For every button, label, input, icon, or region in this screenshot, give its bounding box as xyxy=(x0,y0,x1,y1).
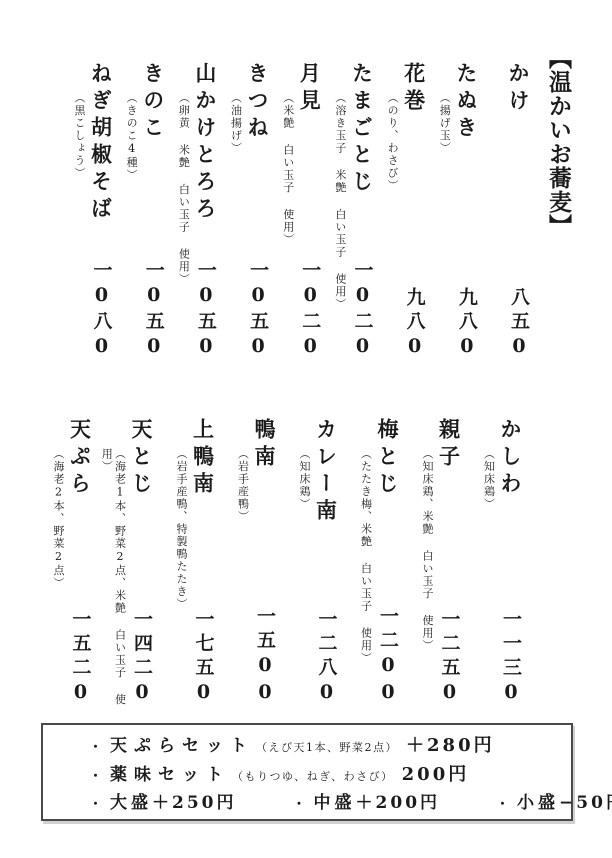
menu-item-note: （海老2本、野菜2点） xyxy=(52,448,65,708)
menu-item-kamonan: 鴨南 （岩手産鴨） 一五00 xyxy=(215,418,277,708)
menu-item-kinoko: きのこ （きのこ4種） 一0五0 xyxy=(113,62,165,362)
tempura-set-line: ・ 天ぷらセット （えび天1本、野菜2点） ＋280円 xyxy=(89,731,565,757)
bullet-icon: ・ xyxy=(496,793,509,812)
menu-item-note: （揚げ玉） xyxy=(438,92,451,362)
size-price: −50円 xyxy=(559,788,612,813)
menu-item-price: 九八0 xyxy=(404,287,425,362)
menu-item-note: （卵黄 米艶 白い玉子 使用） xyxy=(177,92,190,362)
menu-item-negi-kosho-soba: ねぎ胡椒そば （黒こしょう） 一0八0 xyxy=(60,62,112,362)
menu-item-yamakake-tororo: 山かけとろろ （卵黄 米艶 白い玉子 使用） 一0五0 xyxy=(165,62,217,362)
menu-item-price: 一七五0 xyxy=(193,609,214,708)
section-hot-soba-top: かけ 八五0 たぬき （揚げ玉） 九八0 花巻 （のり、わさび） 九八0 たまご… xyxy=(60,62,530,362)
set-note: （もりつゆ、ねぎ、わさび） xyxy=(232,768,394,784)
size-price: ＋250円 xyxy=(152,788,237,813)
menu-item-note: （油揚げ） xyxy=(229,92,242,362)
set-price: ＋280円 xyxy=(406,731,495,757)
menu-item-price: 一0二0 xyxy=(352,260,373,362)
menu-item-note: （きのこ4種） xyxy=(125,92,138,362)
menu-item-price: 九八0 xyxy=(456,287,477,362)
menu-item-note: （溶き玉子 米艶 白い玉子 使用） xyxy=(334,92,347,362)
menu-item-tamagotoji: たまごとじ （溶き玉子 米艶 白い玉子 使用） 一0二0 xyxy=(321,62,373,362)
size-price: ＋200円 xyxy=(356,788,441,813)
set-label: 薬味セット xyxy=(110,760,230,785)
menu-item-oyako: 親子 （知床鶏、米艶 白い玉子 使用） 一二五0 xyxy=(399,418,461,708)
menu-item-price: 一二八0 xyxy=(316,609,337,708)
menu-item-tentoji: 天とじ （海老1本、野菜2点、米艶 白い玉子 使用） 一四二0 xyxy=(92,418,154,708)
menu-item-note: （知床鶏） xyxy=(482,448,495,708)
menu-item-price: 一0八0 xyxy=(91,260,112,362)
menu-item-note: （知床鶏） xyxy=(298,448,311,708)
menu-item-curry-nan: カレー南 （知床鶏） 一二八0 xyxy=(276,418,338,708)
menu-item-tempura: 天ぷら （海老2本、野菜2点） 一五二0 xyxy=(30,418,92,708)
menu-item-price: 一五二0 xyxy=(70,609,91,708)
set-options-box: ・ 天ぷらセット （えび天1本、野菜2点） ＋280円 ・ 薬味セット （もりつ… xyxy=(41,723,573,821)
menu-item-kake: かけ 八五0 xyxy=(478,62,530,362)
menu-item-price: 一0二0 xyxy=(299,260,320,362)
size-option-large: ・ 大盛 ＋250円 xyxy=(89,788,237,813)
menu-item-hanamaki: 花巻 （のり、わさび） 九八0 xyxy=(373,62,425,362)
set-note: （えび天1本、野菜2点） xyxy=(256,739,398,755)
menu-item-jo-kamonan: 上鴨南 （岩手産鴨、特製鴨たたき） 一七五0 xyxy=(153,418,215,708)
menu-item-price: 一二00 xyxy=(377,606,398,708)
bullet-icon: ・ xyxy=(89,793,102,812)
menu-item-price: 一一三0 xyxy=(500,609,521,708)
menu-item-note: （たたき梅、米艶 白い玉子 使用） xyxy=(359,448,372,708)
size-label: 中盛 xyxy=(314,788,356,813)
size-options-line: ・ 大盛 ＋250円 ・ 中盛 ＋200円 ・ 小盛 −50円 xyxy=(89,788,565,813)
menu-item-price: 八五0 xyxy=(508,287,529,362)
menu-item-kashiwa: かしわ （知床鶏） 一一三0 xyxy=(461,418,523,708)
menu-item-umetoji: 梅とじ （たたき梅、米艶 白い玉子 使用） 一二00 xyxy=(338,418,400,708)
menu-item-price: 一二五0 xyxy=(439,609,460,708)
menu-item-price: 一0五0 xyxy=(143,260,164,362)
menu-item-note: （岩手産鴨） xyxy=(236,448,249,708)
bullet-icon: ・ xyxy=(293,793,306,812)
menu-item-note: （黒こしょう） xyxy=(73,92,86,362)
menu-item-kitsune: きつね （油揚げ） 一0五0 xyxy=(217,62,269,362)
menu-page: 【温かいお蕎麦】 かけ 八五0 たぬき （揚げ玉） 九八0 花巻 （のり、わさび… xyxy=(0,0,612,858)
menu-item-tsukimi: 月見 （米艶 白い玉子 使用） 一0二0 xyxy=(269,62,321,362)
yakumi-set-line: ・ 薬味セット （もりつゆ、ねぎ、わさび） 200円 xyxy=(89,760,565,786)
menu-item-note: （岩手産鴨、特製鴨たたき） xyxy=(175,448,188,708)
menu-item-price: 一四二0 xyxy=(131,609,152,708)
menu-item-note: （のり、わさび） xyxy=(386,92,399,362)
page-title: 【温かいお蕎麦】 xyxy=(544,46,572,238)
size-label: 大盛 xyxy=(110,788,152,813)
menu-item-price: 一五00 xyxy=(254,606,275,708)
set-price: 200円 xyxy=(402,760,470,786)
menu-item-price: 一0五0 xyxy=(247,260,268,362)
menu-item-note: （海老1本、野菜2点、米艶 白い玉子 使用） xyxy=(100,448,126,708)
size-option-small: ・ 小盛 −50円 xyxy=(496,788,612,813)
size-option-medium: ・ 中盛 ＋200円 xyxy=(293,788,441,813)
menu-item-price: 一0五0 xyxy=(195,260,216,362)
menu-item-note: （知床鶏、米艶 白い玉子 使用） xyxy=(421,448,434,708)
set-label: 天ぷらセット xyxy=(110,731,254,756)
bullet-icon: ・ xyxy=(89,765,102,784)
menu-item-tanuki: たぬき （揚げ玉） 九八0 xyxy=(426,62,478,362)
section-hot-soba-bottom: かしわ （知床鶏） 一一三0 親子 （知床鶏、米艶 白い玉子 使用） 一二五0 … xyxy=(30,418,522,708)
bullet-icon: ・ xyxy=(89,736,102,755)
size-label: 小盛 xyxy=(517,788,559,813)
menu-item-note: （米艶 白い玉子 使用） xyxy=(282,92,295,362)
